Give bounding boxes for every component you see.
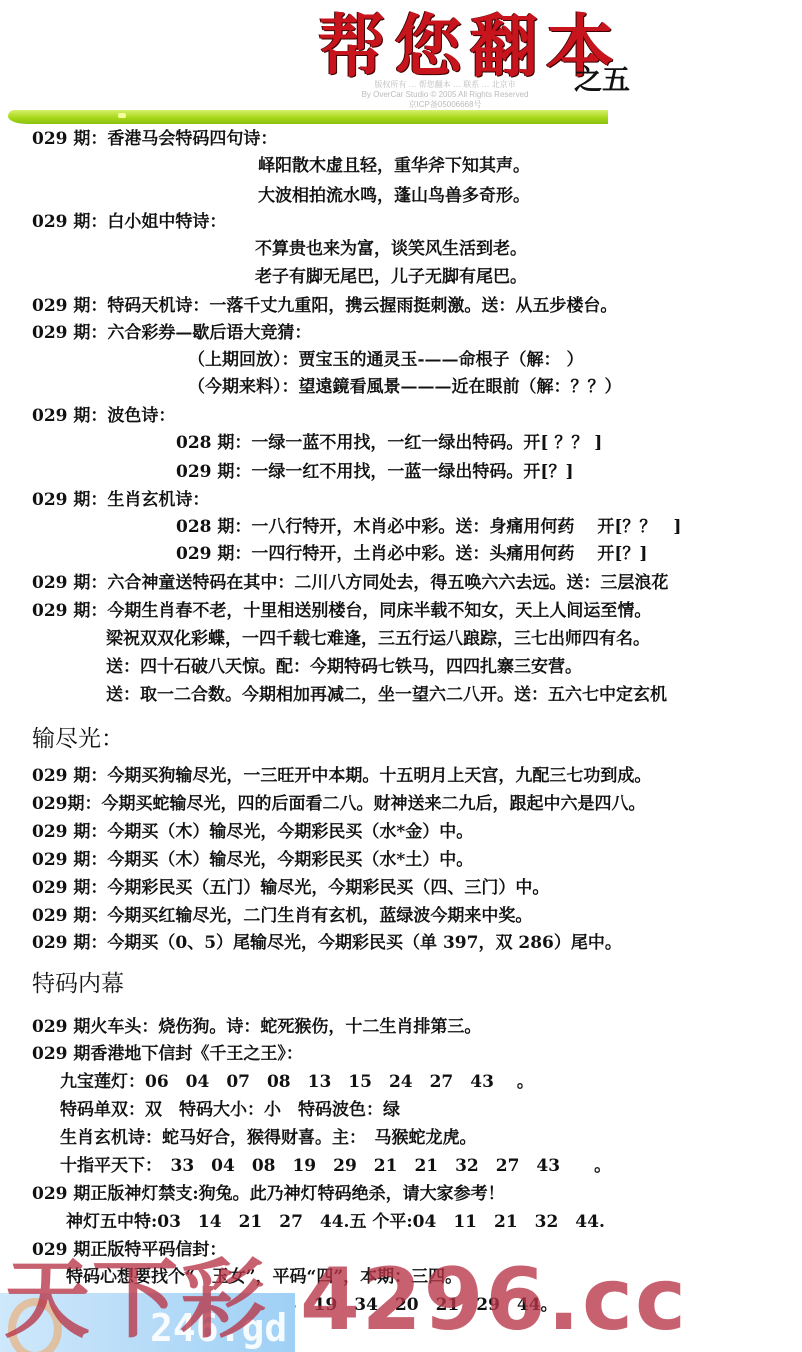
section-title-lose-all: 输尽光： bbox=[32, 725, 124, 753]
text-line: 送：取一二合数。今期相加再减二，坐一望六二八开。送：五六七中定玄机 bbox=[106, 684, 667, 706]
text-line: 老子有脚无尾巴，儿子无脚有尾巴。 bbox=[255, 266, 527, 288]
text-line: 029 期：一绿一红不用找，一蓝一绿出特码。开[？] bbox=[176, 461, 574, 483]
text-line: 029 期：六合彩券—歇后语大竞猜： bbox=[32, 322, 311, 344]
text-line: 029 期：波色诗： bbox=[32, 405, 175, 427]
text-line: 029 期：生肖玄机诗： bbox=[32, 489, 209, 511]
text-line: 029 期：六合神童送特码在其中：二川八方同处去，得五唤六六去远。送：三层浪花 bbox=[32, 572, 668, 594]
text-line: 峄阳散木虚且轻，重华斧下知其声。 bbox=[258, 155, 530, 177]
credit-line-3: 京ICP备05006668号 bbox=[315, 100, 575, 110]
text-line: 029 期：今期生肖春不老，十里相送别楼台，同床半载不知女，天上人间运至情。 bbox=[32, 600, 651, 622]
text-line: 029期：今期买蛇输尽光，四的后面看二八。财神送来二九后，跟起中六是四八。 bbox=[32, 793, 645, 815]
text-line: 028 期：一绿一蓝不用找，一红一绿出特码。开[ ？？ ] bbox=[176, 432, 602, 454]
text-line: （今期来料）：望遠鏡看風景———近在眼前（解：？？） bbox=[188, 376, 622, 398]
text-line: 029 期：一四行特开，土肖必中彩。送：头痛用何药 开[？] bbox=[176, 543, 647, 565]
text-line: 送：四十石破八天惊。配：今期特码七铁马，四四扎寨三安营。 bbox=[106, 656, 582, 678]
text-line: 029 期：今期买红输尽光，二门生肖有玄机，蓝绿波今期来中奖。 bbox=[32, 905, 532, 927]
text-line: 不算贵也来为富，谈笑风生活到老。 bbox=[255, 238, 527, 260]
text-line: 特码单双：双 特码大小：小 特码波色：绿 bbox=[60, 1099, 400, 1121]
text-line: 029 期：白小姐中特诗： bbox=[32, 211, 226, 233]
text-line: 生肖玄机诗：蛇马好合，猴得财喜。主： 马猴蛇龙虎。 bbox=[60, 1127, 477, 1149]
text-line: 029 期：今期彩民买（五门）输尽光，今期彩民买（四、三门）中。 bbox=[32, 877, 549, 899]
text-line: 029 期：今期买（木）输尽光，今期彩民买（水*金）中。 bbox=[32, 821, 473, 843]
credit-line-2: By OverCar Studio © 2005 All Rights Rese… bbox=[315, 90, 575, 100]
text-line: 029 期：香港马会特码四句诗： bbox=[32, 128, 277, 150]
text-line: （上期回放）：贾宝玉的通灵玉-——命根子（解： ） bbox=[188, 349, 583, 371]
text-line: 029 期：今期买（木）输尽光，今期彩民买（水*土）中。 bbox=[32, 849, 473, 871]
text-line: 029 期火车头：烧伤狗。诗：蛇死猴伤，十二生肖排第三。 bbox=[32, 1016, 481, 1038]
text-line: 梁祝双双化彩蝶，一四千载七难逢，三五行运八踉踪，三七出师四有名。 bbox=[106, 628, 650, 650]
text-line: 大波相拍流水鸣，蓬山鸟兽多奇形。 bbox=[258, 185, 530, 207]
text-line: 028 期：一八行特开，木肖必中彩。送：身痛用何药 开[？？ ] bbox=[176, 516, 681, 538]
watermark-big-text: 天下彩 4296.cc bbox=[4, 1250, 688, 1350]
text-line: 九宝莲灯：06 04 07 08 13 15 24 27 43 。 bbox=[60, 1071, 534, 1093]
banner-suffix: 之五 bbox=[574, 58, 630, 98]
text-line: 029 期：今期买（0、5）尾输尽光，今期彩民买（单 397，双 286）尾中。 bbox=[32, 932, 622, 954]
banner-credit: 版权所有 … 帮您翻本 … 联系 … 北京市 By OverCar Studio… bbox=[315, 80, 575, 110]
text-line: 十指平天下： 33 04 08 19 29 21 21 32 27 43 。 bbox=[60, 1155, 611, 1177]
header-banner: 帮您翻本 之五 版权所有 … 帮您翻本 … 联系 … 北京市 By OverCa… bbox=[0, 0, 802, 128]
credit-line-1: 版权所有 … 帮您翻本 … 联系 … 北京市 bbox=[315, 80, 575, 90]
text-line: 神灯五中特:03 14 21 27 44.五 个平:04 11 21 32 44… bbox=[66, 1211, 605, 1233]
text-line: 029 期香港地下信封《千王之王》： bbox=[32, 1043, 303, 1065]
text-line: 029 期正版神灯禁支:狗兔。此乃神灯特码绝杀，请大家参考！ bbox=[32, 1183, 505, 1205]
text-line: 029 期：特码天机诗：一落千丈九重阳，携云握雨挺刺激。送：从五步楼台。 bbox=[32, 295, 617, 317]
text-line: 029 期：今期买狗输尽光，一三旺开中本期。十五明月上天宫，九配三七功到成。 bbox=[32, 765, 651, 787]
green-divider-bar bbox=[8, 110, 608, 124]
section-title-inside-info: 特码内幕 bbox=[32, 970, 124, 998]
